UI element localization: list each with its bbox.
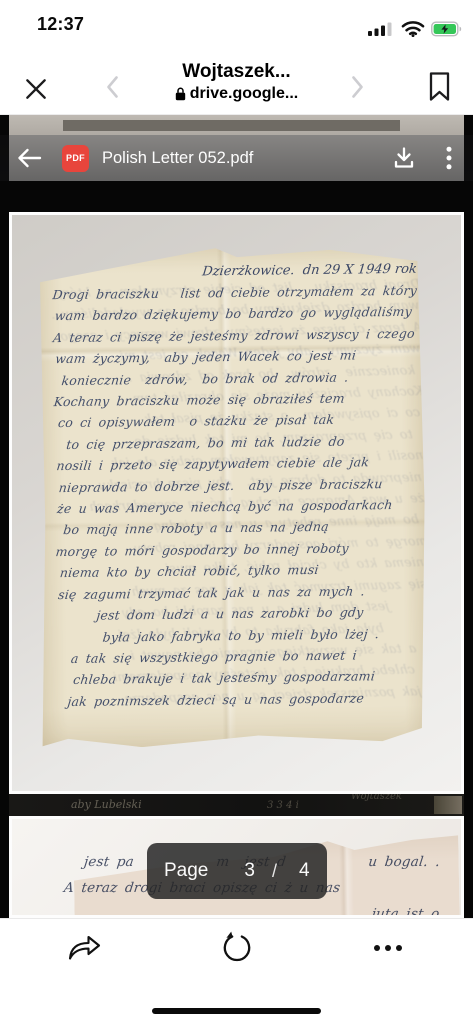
gap-faint-text-mid: 3 3 4 i	[267, 800, 299, 811]
battery-charging-icon	[431, 21, 462, 37]
clock: 12:37	[37, 14, 84, 35]
letter-photo: Drogi braciszku list od ciebie otrzymałe…	[12, 215, 461, 791]
close-icon[interactable]	[23, 76, 49, 102]
status-icons	[368, 21, 462, 37]
status-bar: 12:37	[0, 0, 473, 55]
total-page-count: 4	[299, 860, 310, 882]
phone-screen: 12:37	[0, 0, 473, 1024]
pdf-viewer[interactable]: PDF Polish Letter 052.pdf Drogi braciszk…	[0, 115, 473, 918]
page-indicator-label: Page	[164, 860, 208, 882]
download-icon[interactable]	[392, 146, 416, 170]
wifi-icon	[401, 21, 425, 37]
letter-paper: Drogi braciszku list od ciebie otrzymałe…	[35, 240, 429, 751]
bookmark-icon[interactable]	[428, 71, 451, 102]
previous-page-sliver-band	[63, 120, 400, 131]
pdf-toolbar: PDF Polish Letter 052.pdf	[0, 135, 473, 181]
reload-icon[interactable]	[220, 931, 254, 965]
home-indicator[interactable]	[152, 1008, 321, 1014]
back-arrow-icon[interactable]	[16, 147, 42, 169]
pdf-page-3: Drogi braciszku list od ciebie otrzymałe…	[9, 212, 464, 794]
letter-text: Dzierżkowice. dn 29 X 1949 rok Drogi bra…	[52, 262, 418, 713]
letter-date-line: Dzierżkowice. dn 29 X 1949 rok	[201, 262, 414, 280]
browser-header: Wojtaszek... drive.google...	[0, 55, 473, 115]
overflow-menu-icon[interactable]	[446, 146, 452, 170]
handwritten-line: juta ist o	[70, 901, 461, 915]
current-page-number[interactable]: 3	[244, 860, 255, 882]
handwritten-line: jak poznimszek dzieci są u nas gospodarz…	[66, 686, 419, 712]
url-row: drive.google...	[120, 83, 353, 104]
chevron-back-icon[interactable]	[103, 75, 121, 99]
gap-light-patch	[434, 796, 462, 814]
pdf-file-icon: PDF	[62, 145, 89, 172]
page-title: Wojtaszek...	[120, 60, 353, 83]
chevron-forward-icon[interactable]	[349, 75, 367, 99]
bottom-toolbar	[0, 918, 473, 1024]
more-options-icon[interactable]	[373, 942, 403, 954]
share-forward-icon[interactable]	[67, 932, 103, 964]
letter-lines: Drogi braciszku list od ciebie otrzymałe…	[52, 280, 418, 713]
page-indicator: Page 3 / 4	[147, 843, 327, 899]
page-title-block[interactable]: Wojtaszek... drive.google...	[120, 60, 353, 104]
gap-faint-text-right: Wojtaszek	[351, 794, 402, 802]
page-gap-strip: aby Lubelski 3 3 4 i Wojtaszek	[9, 794, 464, 816]
gap-faint-text-left: aby Lubelski	[71, 798, 142, 811]
url-text: drive.google...	[190, 83, 298, 104]
page-indicator-separator: /	[272, 861, 277, 882]
pdf-filename: Polish Letter 052.pdf	[102, 149, 392, 168]
cellular-signal-icon	[368, 22, 395, 36]
lock-icon	[175, 87, 186, 101]
